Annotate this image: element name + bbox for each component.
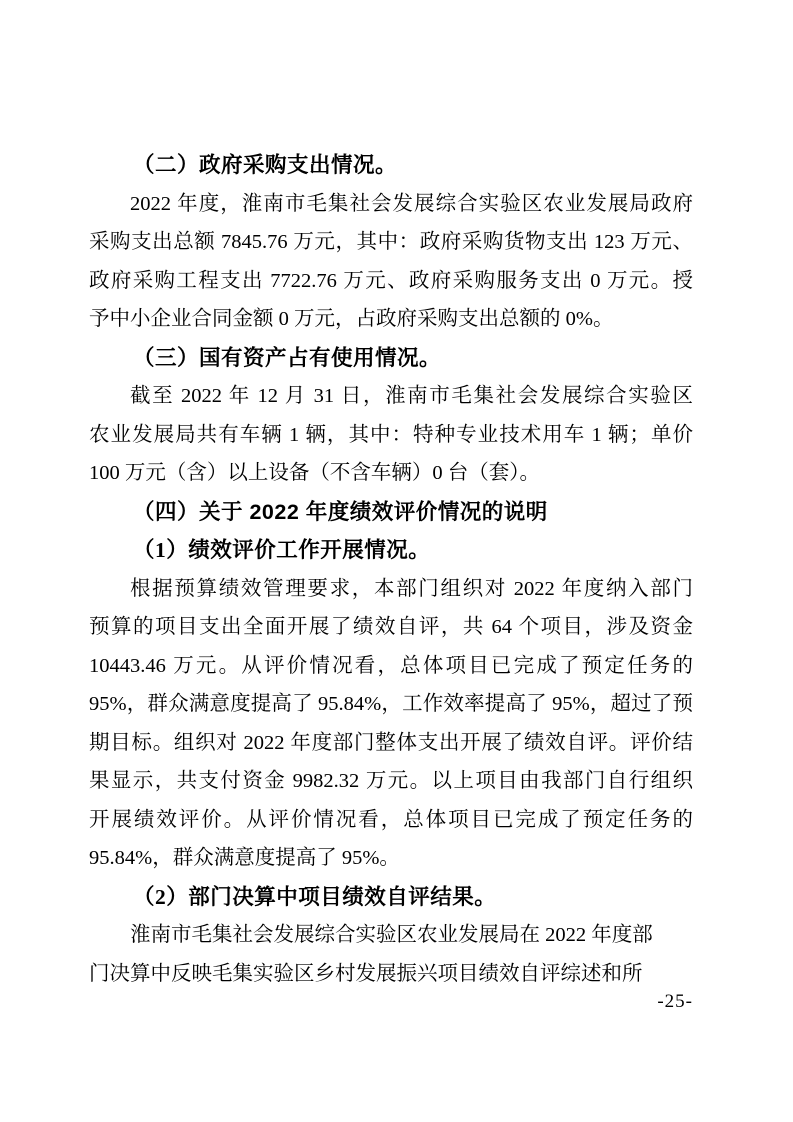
paragraph-line: 门决算中反映毛集实验区乡村发展振兴项目绩效自评综述和所 [89, 955, 693, 994]
subsection-heading-evaluation-work: （1）绩效评价工作开展情况。 [89, 531, 693, 570]
paragraph-evaluation-work: 根据预算绩效管理要求，本部门组织对 2022 年度纳入部门 预算的项目支出全面开… [89, 570, 693, 878]
paragraph-line: 95%，群众满意度提高了 95.84%，工作效率提高了 95%，超过了预 [89, 685, 693, 724]
paragraph-line: 开展绩效评价。从评价情况看，总体项目已完成了预定任务的 [89, 801, 693, 840]
paragraph-gov-procurement: 2022 年度，淮南市毛集社会发展综合实验区农业发展局政府 采购支出总额 784… [89, 185, 693, 339]
paragraph-line: 采购支出总额 7845.76 万元，其中：政府采购货物支出 123 万元、 [89, 223, 693, 262]
section-heading-performance-evaluation: （四）关于 2022 年度绩效评价情况的说明 [89, 493, 693, 532]
paragraph-line: 根据预算绩效管理要求，本部门组织对 2022 年度纳入部门 [89, 570, 693, 609]
document-page: （二）政府采购支出情况。 2022 年度，淮南市毛集社会发展综合实验区农业发展局… [0, 0, 793, 1122]
paragraph-line: 10443.46 万元。从评价情况看，总体项目已完成了预定任务的 [89, 647, 693, 686]
paragraph-self-evaluation-results: 淮南市毛集社会发展综合实验区农业发展局在 2022 年度部 门决算中反映毛集实验… [89, 916, 693, 993]
paragraph-line: 100 万元（含）以上设备（不含车辆）0 台（套）。 [89, 454, 693, 493]
paragraph-line: 95.84%，群众满意度提高了 95%。 [89, 839, 693, 878]
section-heading-gov-procurement: （二）政府采购支出情况。 [89, 146, 693, 185]
paragraph-line: 淮南市毛集社会发展综合实验区农业发展局在 2022 年度部 [89, 916, 693, 955]
paragraph-line: 予中小企业合同金额 0 万元，占政府采购支出总额的 0%。 [89, 300, 693, 339]
page-number: -25- [89, 990, 693, 1014]
paragraph-line: 政府采购工程支出 7722.76 万元、政府采购服务支出 0 万元。授 [89, 262, 693, 301]
paragraph-line: 截至 2022 年 12 月 31 日，淮南市毛集社会发展综合实验区 [89, 377, 693, 416]
paragraph-line: 2022 年度，淮南市毛集社会发展综合实验区农业发展局政府 [89, 185, 693, 224]
paragraph-state-assets: 截至 2022 年 12 月 31 日，淮南市毛集社会发展综合实验区 农业发展局… [89, 377, 693, 493]
paragraph-line: 农业发展局共有车辆 1 辆，其中：特种专业技术用车 1 辆；单价 [89, 416, 693, 455]
page-content: （二）政府采购支出情况。 2022 年度，淮南市毛集社会发展综合实验区农业发展局… [89, 146, 693, 993]
paragraph-line: 预算的项目支出全面开展了绩效自评，共 64 个项目，涉及资金 [89, 608, 693, 647]
paragraph-line: 果显示，共支付资金 9982.32 万元。以上项目由我部门自行组织 [89, 762, 693, 801]
section-heading-state-assets: （三）国有资产占有使用情况。 [89, 339, 693, 378]
paragraph-line: 期目标。组织对 2022 年度部门整体支出开展了绩效自评。评价结 [89, 724, 693, 763]
subsection-heading-self-evaluation-results: （2）部门决算中项目绩效自评结果。 [89, 878, 693, 917]
